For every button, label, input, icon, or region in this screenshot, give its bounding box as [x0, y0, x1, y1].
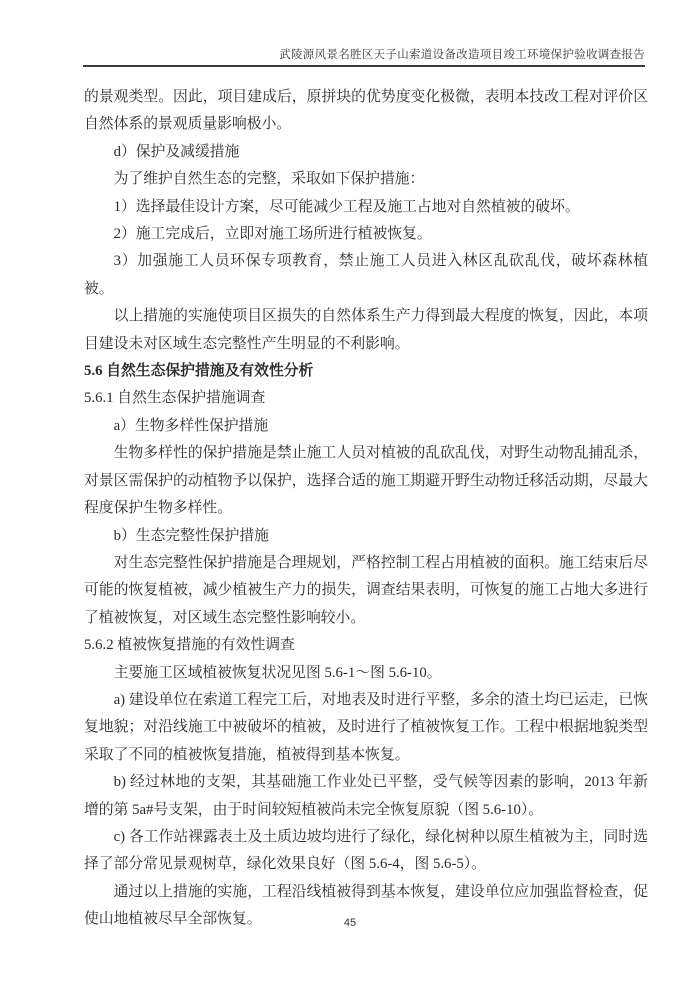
header-rule	[83, 65, 645, 67]
list-item-b: b）生态完整性保护措施	[84, 523, 648, 550]
page-number: 45	[344, 917, 356, 929]
list-item-a: a) 建设单位在索道工程完工后，对地表及时进行平整，多余的渣土均已运走，已恢复地…	[84, 687, 648, 769]
section-heading-5-6: 5.6 自然生态保护措施及有效性分析	[84, 358, 648, 385]
paragraph: 的景观类型。因此，项目建成后，原拼块的优势度变化极微，表明本技改工程对评价区自然…	[84, 84, 648, 139]
list-item-a: a）生物多样性保护措施	[84, 413, 648, 440]
list-item-1: 1）选择最佳设计方案，尽可能减少工程及施工占地对自然植被的破坏。	[84, 194, 648, 221]
paragraph: 对生态完整性保护措施是合理规划，严格控制工程占用植被的面积。施工结束后尽可能的恢…	[84, 550, 648, 632]
list-item-c: c) 各工作站裸露表土及土质边坡均进行了绿化，绿化树种以原生植被为主，同时选择了…	[84, 824, 648, 879]
subsection-heading-5-6-2: 5.6.2 植被恢复措施的有效性调查	[84, 632, 648, 659]
subsection-heading-5-6-1: 5.6.1 自然生态保护措施调查	[84, 385, 648, 412]
list-item-b: b) 经过林地的支架，其基础施工作业处已平整，受气候等因素的影响，2013 年新…	[84, 769, 648, 824]
document-body: 的景观类型。因此，项目建成后，原拼块的优势度变化极微，表明本技改工程对评价区自然…	[84, 84, 648, 934]
list-item-d: d）保护及减缓措施	[84, 139, 648, 166]
running-header-title: 武陵源风景名胜区天子山索道设备改造项目竣工环境保护验收调查报告	[84, 46, 645, 62]
paragraph: 以上措施的实施使项目区损失的自然体系生产力得到最大程度的恢复，因此，本项目建设未…	[84, 303, 648, 358]
document-page: 武陵源风景名胜区天子山索道设备改造项目竣工环境保护验收调查报告 的景观类型。因此…	[0, 0, 700, 990]
list-item-2: 2）施工完成后，立即对施工场所进行植被恢复。	[84, 221, 648, 248]
paragraph: 主要施工区域植被恢复状况见图 5.6-1～图 5.6-10。	[84, 660, 648, 687]
list-item-3: 3）加强施工人员环保专项教育，禁止施工人员进入林区乱砍乱伐，破坏森林植被。	[84, 248, 648, 303]
page-footer: 45	[0, 917, 700, 929]
paragraph: 生物多样性的保护措施是禁止施工人员对植被的乱砍乱伐，对野生动物乱捕乱杀，对景区需…	[84, 440, 648, 522]
paragraph: 为了维护自然生态的完整，采取如下保护措施：	[84, 166, 648, 193]
